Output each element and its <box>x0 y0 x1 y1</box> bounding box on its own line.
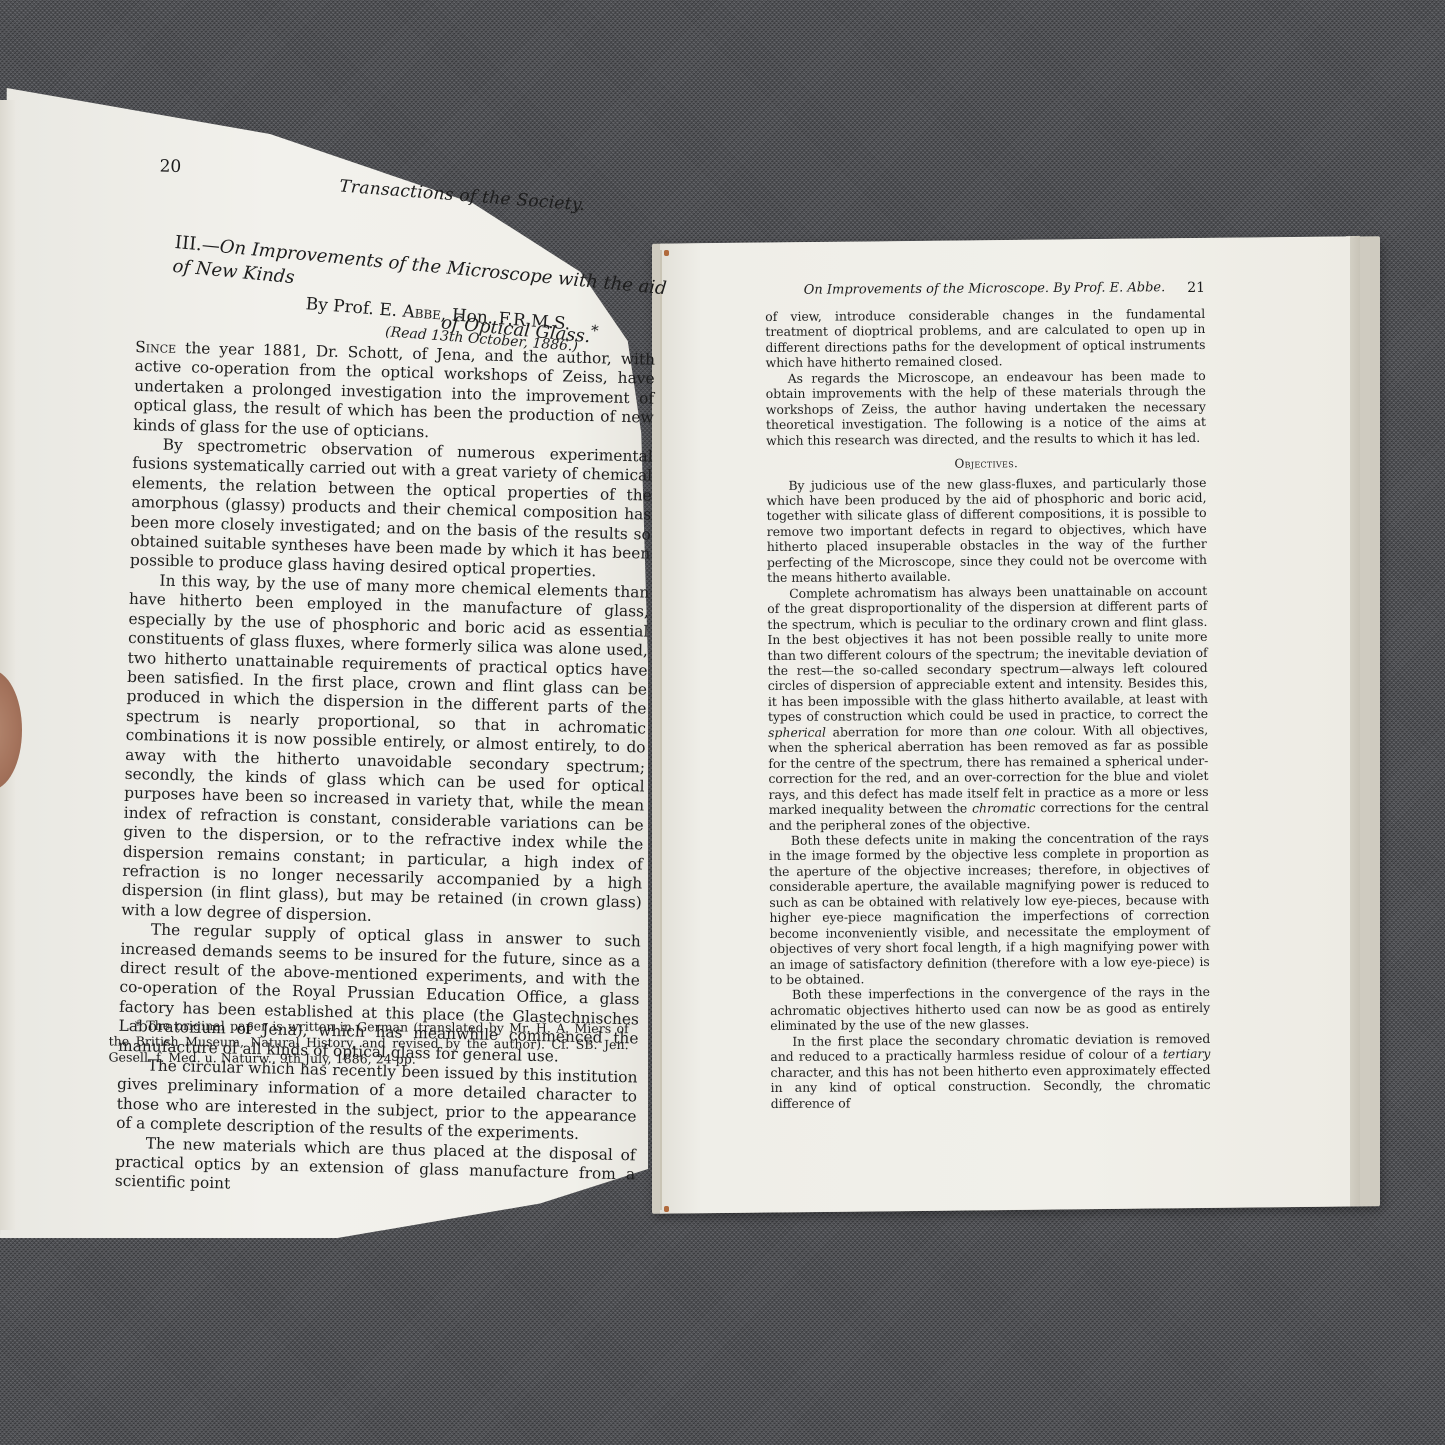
left-body-text: Since the year 1881, Dr. Schott, of Jena… <box>115 338 656 1204</box>
binding-thread <box>664 1206 669 1212</box>
emphasis: one <box>1004 723 1027 738</box>
author-name: Abbe <box>402 302 442 325</box>
section-heading: Objectives. <box>766 455 1206 474</box>
footnote-marker: * <box>590 321 599 340</box>
paragraph-text: the year 1881, Dr. Schott, of Jena, and … <box>133 339 655 441</box>
left-page-edge <box>0 100 16 1230</box>
paragraph: In the first place the secondary chromat… <box>770 1031 1211 1111</box>
book-spine-gutter <box>660 250 662 1210</box>
emphasis: spherical <box>768 724 826 739</box>
page-number: 20 <box>159 156 181 177</box>
paragraph-text: character, and this has not been hithert… <box>770 1062 1210 1111</box>
running-head-title: On Improvements of the Microscope. By Pr… <box>804 280 1166 299</box>
running-head: On Improvements of the Microscope. By Pr… <box>765 280 1205 299</box>
paragraph: Both these imperfections in the converge… <box>770 984 1210 1033</box>
paragraph-text: Complete achromatism has always been una… <box>767 583 1208 725</box>
paragraph: As regards the Microscope, an endeavour … <box>766 368 1207 448</box>
emphasis: chromatic <box>972 800 1035 815</box>
paragraph: Since the year 1881, Dr. Schott, of Jena… <box>133 338 655 448</box>
binding-thread <box>664 250 669 256</box>
paragraph-text: In the first place the secondary chromat… <box>770 1031 1210 1065</box>
drop-lead-word: Since <box>135 338 176 357</box>
paragraph: Both these defects unite in making the c… <box>769 830 1210 988</box>
paragraph: The circular which has recently been iss… <box>116 1056 638 1146</box>
paragraph: By judicious use of the new glass-fluxes… <box>766 474 1207 585</box>
footnote: * The original paper is written in Germa… <box>108 1017 628 1069</box>
paragraph: of view, introduce considerable changes … <box>765 306 1205 371</box>
article-number: III.— <box>174 232 221 257</box>
paragraph: Complete achromatism has always been una… <box>767 583 1209 833</box>
page-number: 21 <box>1187 280 1205 296</box>
right-body-text: of view, introduce considerable changes … <box>765 306 1211 1111</box>
paragraph: In this way, by the use of many more che… <box>121 571 649 933</box>
paragraph: By spectrometric observation of numerous… <box>130 435 653 584</box>
right-page-content: On Improvements of the Microscope. By Pr… <box>765 280 1211 1111</box>
paragraph-text: aberration for more than <box>826 723 1005 739</box>
emphasis: tertiary <box>1163 1046 1211 1061</box>
